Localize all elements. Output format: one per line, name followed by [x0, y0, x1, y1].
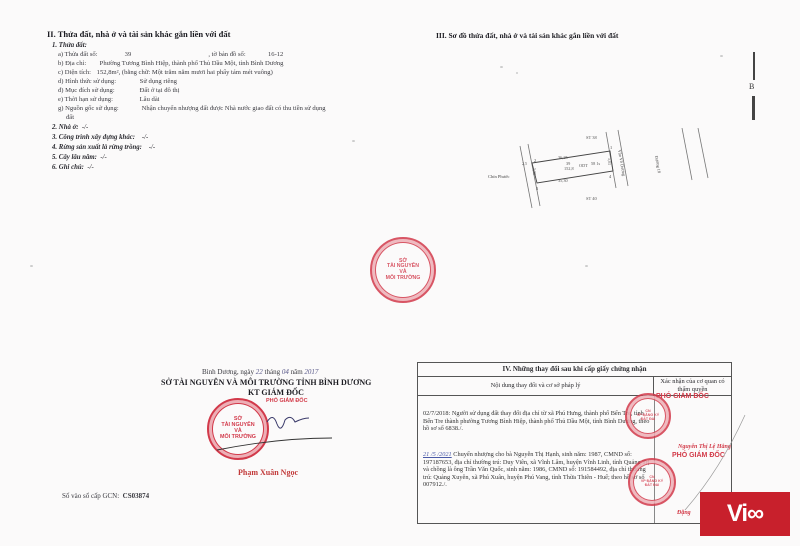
map-sheet-value: 16-12 — [268, 51, 283, 58]
signature-scribble — [212, 402, 332, 452]
entry-date: 02/7/2018: — [423, 410, 450, 417]
registry-row: Số vào sổ cấp GCN: CS03874 — [62, 492, 149, 500]
corner-2: 2 — [534, 158, 536, 163]
registry-label: Số vào sổ cấp GCN: — [62, 492, 119, 500]
land-number-label: a) Thửa đất số: — [58, 51, 123, 58]
item-label: 6. Ghi chú: — [52, 164, 84, 171]
parcel-bottom-label: ST 40 — [586, 196, 598, 201]
area-row: c) Diện tích: 152,8m², (bằng chữ: Một tr… — [58, 69, 273, 76]
origin-label: g) Nguồn gốc sử dụng: — [58, 105, 140, 112]
section-2-title: II. Thửa đất, nhà ở và tài sản khác gắn … — [47, 29, 230, 39]
registry-value: CS03874 — [123, 492, 149, 500]
item-value: -/- — [82, 124, 88, 131]
land-number-value: 39 — [125, 51, 207, 58]
origin-value-cont: đất — [66, 114, 74, 121]
center-seal-stamp: SỞ TÀI NGUYÊN VÀ MÔI TRƯỜNG — [370, 237, 436, 303]
date-year: 2017 — [304, 368, 318, 376]
entry-text: Người sử dụng đất thay đổi địa chỉ từ xã… — [423, 410, 649, 432]
corner-3: 3 — [536, 186, 538, 191]
entry-text: Chuyển nhượng cho bà Nguyễn Thị Hạnh, si… — [423, 451, 650, 488]
usage-purpose-label: đ) Mục đích sử dụng: — [58, 87, 138, 94]
area-value: 152,8m², (bằng chữ: Một trăm năm mươi ha… — [97, 69, 273, 76]
confirm-seal-stamp-2: CNVP ĐĂNG KÝĐẤT ĐAI — [628, 458, 676, 506]
road-left-label: Chín Phước — [488, 174, 509, 179]
item-house: 2. Nhà ở: -/- — [52, 124, 88, 131]
item-forest: 4. Rừng sản xuất là rừng trồng: -/- — [52, 144, 155, 151]
item-value: -/- — [142, 134, 148, 141]
edge-right-label: 5,01 — [606, 158, 612, 165]
land-number-row: a) Thửa đất số: 39 , tờ bản đồ số: 16-12 — [58, 51, 283, 58]
parcel-top-label: ST 38 — [586, 135, 598, 140]
item-label: 2. Nhà ở: — [52, 124, 79, 131]
section-4-title: IV. Những thay đổi sau khi cấp giấy chứn… — [418, 363, 731, 377]
change-entry: 21 /5 /2021 Chuyển nhượng cho bà Nguyễn … — [423, 451, 651, 489]
item-value: -/- — [149, 144, 155, 151]
address-value: Phường Tương Bình Hiệp, thành phố Thủ Dầ… — [100, 60, 284, 67]
stamp-line: MÔI TRƯỜNG — [386, 276, 421, 282]
place-date: Bình Dương, ngày 22 tháng 04 năm 2017 — [202, 368, 318, 376]
origin-row: g) Nguồn gốc sử dụng: Nhận chuyển nhượng… — [58, 105, 326, 112]
date-month: 04 — [282, 368, 289, 376]
map-sheet-label: , tờ bản đồ số: — [208, 51, 266, 58]
corner-1: 1 — [610, 145, 612, 150]
usage-form-row: d) Hình thức sử dụng: Sử dụng riêng — [58, 78, 177, 85]
usage-term-label: e) Thời hạn sử dụng: — [58, 96, 138, 103]
item-label: 4. Rừng sản xuất là rừng trồng: — [52, 144, 142, 151]
address-label: b) Địa chỉ: — [58, 60, 98, 67]
left-dim-label: 2,5 — [522, 161, 527, 167]
corner-4: 4 — [609, 174, 612, 179]
north-label: B — [749, 82, 754, 91]
section-3-title: III. Sơ đồ thửa đất, nhà ở và tài sản kh… — [436, 31, 618, 40]
issuing-org: SỞ TÀI NGUYÊN VÀ MÔI TRƯỜNG TỈNH BÌNH DƯ… — [161, 378, 371, 387]
date-day: 22 — [256, 368, 263, 376]
plot-area-label: 152,8 — [564, 166, 574, 172]
vicoo-logo: Vi∞ — [700, 492, 790, 536]
edge-left-label: 5,30 — [531, 168, 537, 175]
month-label: tháng — [265, 368, 281, 376]
entry-date: 21 /5 /2021 — [423, 451, 452, 458]
usage-form-value: Sử dụng riêng — [140, 78, 177, 85]
item-perennial: 5. Cây lâu năm: -/- — [52, 154, 107, 161]
usage-purpose-row: đ) Mục đích sử dụng: Đất ở tại đô thị — [58, 87, 179, 94]
right-label: 58 1s — [591, 161, 601, 166]
edge-bottom-label: 35,30 — [558, 178, 568, 184]
change-entry: 02/7/2018: Người sử dụng đất thay đổi đị… — [423, 410, 651, 433]
item-value: -/- — [87, 164, 93, 171]
north-arrow-icon: B — [747, 52, 761, 122]
usage-purpose-value: Đất ở tại đô thị — [140, 87, 180, 94]
road-right-2-label: Đường 18 — [654, 155, 662, 173]
land-heading: 1. Thửa đất: — [52, 42, 87, 49]
area-label: c) Diện tích: — [58, 69, 95, 76]
item-other-construction: 3. Công trình xây dựng khác: -/- — [52, 134, 148, 141]
item-label: 3. Công trình xây dựng khác: — [52, 134, 135, 141]
address-row: b) Địa chỉ: Phường Tương Bình Hiệp, thàn… — [58, 60, 283, 67]
signer-name: Phạm Xuân Ngọc — [238, 468, 298, 477]
usage-form-label: d) Hình thức sử dụng: — [58, 78, 138, 85]
usage-term-value: Lâu dài — [140, 96, 160, 103]
item-label: 5. Cây lâu năm: — [52, 154, 97, 161]
plot-type-label: ODT — [579, 163, 588, 168]
confirm-seal-stamp-1: CNVP ĐĂNG KÝĐẤT ĐAI — [625, 393, 671, 439]
col-content-header: Nội dung thay đổi và cơ sở pháp lý — [418, 377, 654, 395]
signer-role: KT GIÁM ĐỐC — [248, 388, 304, 397]
usage-term-row: e) Thời hạn sử dụng: Lâu dài — [58, 96, 160, 103]
item-notes: 6. Ghi chú: -/- — [52, 164, 94, 171]
origin-value: Nhận chuyển nhượng đất được Nhà nước gia… — [142, 105, 326, 112]
item-value: -/- — [100, 154, 106, 161]
road-right-1-label: Văn Võ Dương — [617, 149, 627, 177]
plot-diagram: ST 38 ST 40 36,25 35,30 39 152,8 ODT 58 … — [470, 128, 720, 210]
year-label: năm — [291, 368, 303, 376]
place-date-label: Bình Dương, ngày — [202, 368, 254, 376]
